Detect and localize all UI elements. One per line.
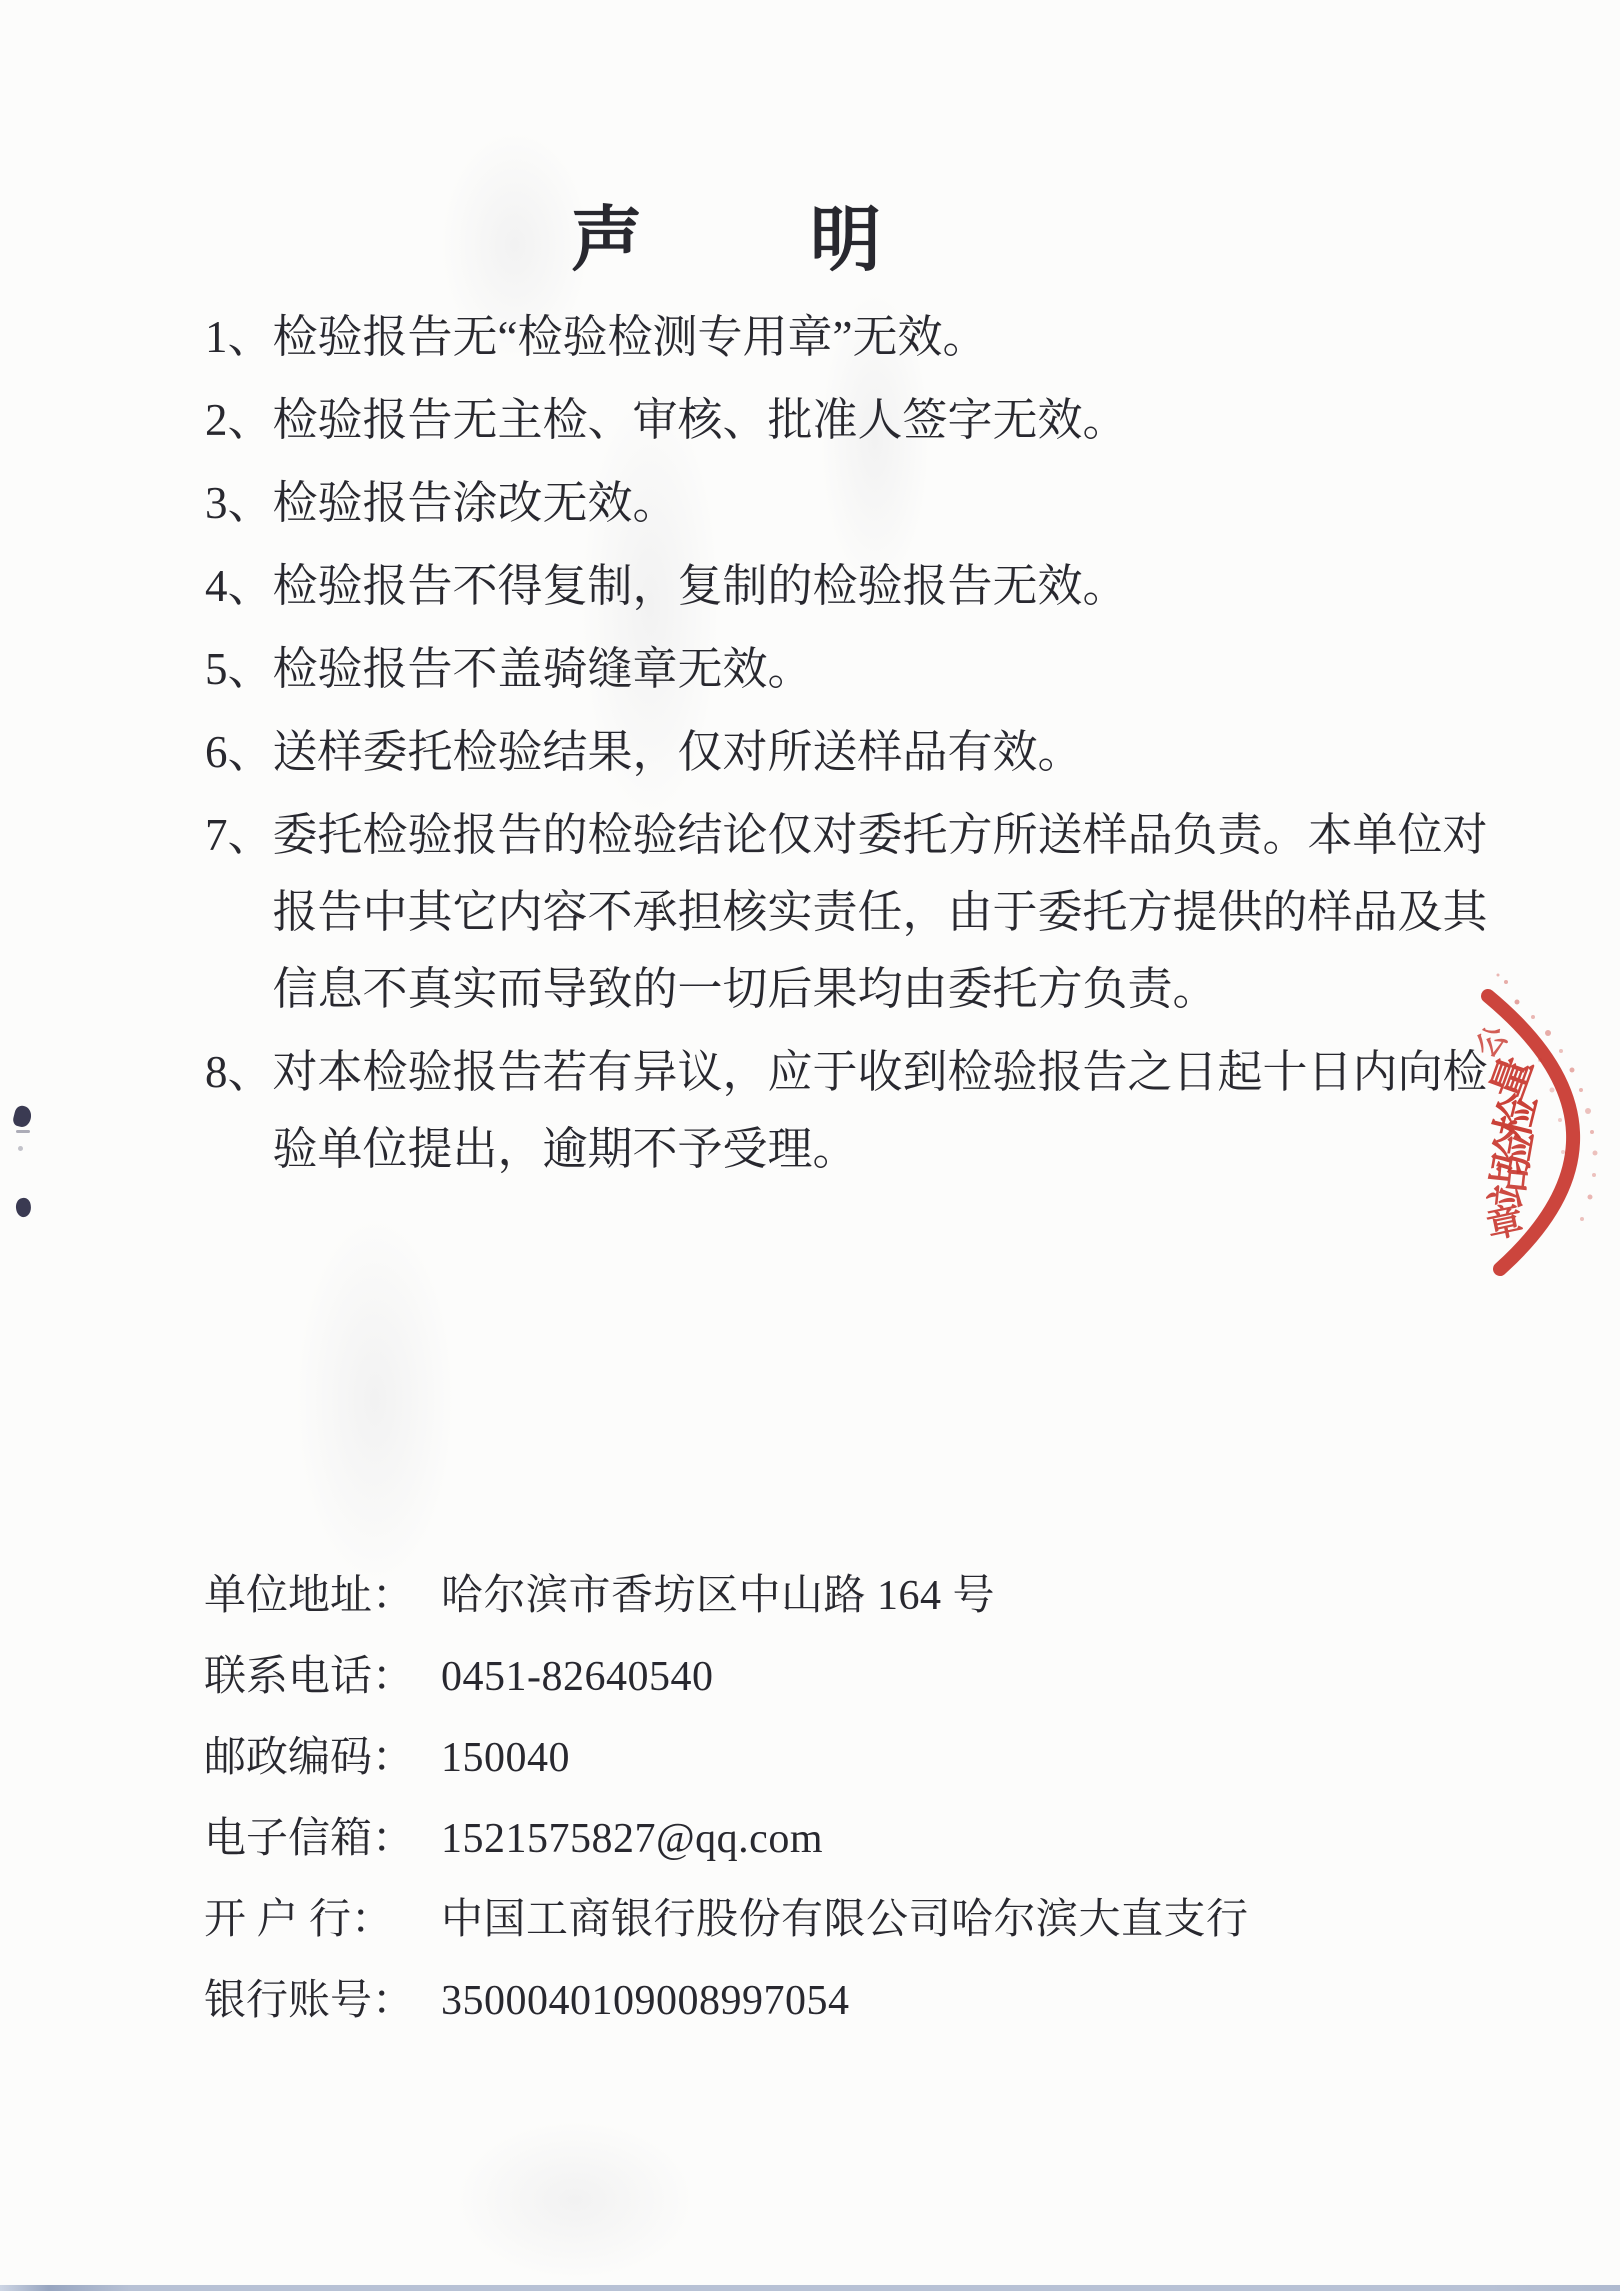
contact-info-block: 单位地址： 哈尔滨市香坊区中山路 164 号 联系电话： 0451-826405… (204, 1573, 1504, 2059)
statement-text: 检验报告无“检验检测专用章”无效。 (273, 299, 1503, 376)
contact-row-phone: 联系电话： 0451-82640540 (204, 1654, 1504, 1700)
statement-item: 3、 检验报告涂改无效。 (205, 465, 1505, 542)
scan-edge-line (0, 2285, 1620, 2291)
contact-label: 电子信箱： (204, 1816, 441, 1862)
statement-text: 委托检验报告的检验结论仅对委托方所送样品负责。本单位对报告中其它内容不承担核实责… (273, 797, 1503, 1028)
contact-label: 开 户 行： (204, 1897, 441, 1943)
contact-row-email: 电子信箱： 1521575827@qq.com (204, 1816, 1504, 1862)
scan-noise (295, 1215, 455, 1585)
statement-text: 检验报告不得复制，复制的检验报告无效。 (273, 548, 1503, 625)
scan-noise (455, 2120, 695, 2280)
ink-speck (16, 1130, 30, 1133)
contact-value: 0451-82640540 (441, 1654, 1504, 1700)
statement-number: 4、 (205, 548, 273, 625)
contact-value: 中国工商银行股份有限公司哈尔滨大直支行 (441, 1897, 1504, 1943)
statement-item: 5、 检验报告不盖骑缝章无效。 (205, 631, 1505, 708)
contact-value: 150040 (441, 1735, 1504, 1781)
scanned-statement-page: 声 明 1、 检验报告无“检验检测专用章”无效。 2、 检验报告无主检、审核、批… (0, 0, 1620, 2291)
contact-value: 哈尔滨市香坊区中山路 164 号 (441, 1573, 1504, 1619)
statement-number: 8、 (205, 1034, 273, 1188)
statement-number: 1、 (205, 299, 273, 376)
contact-value: 1521575827@qq.com (441, 1816, 1504, 1862)
contact-label: 联系电话： (204, 1654, 441, 1700)
statement-text: 检验报告涂改无效。 (273, 465, 1503, 542)
statement-item: 4、 检验报告不得复制，复制的检验报告无效。 (205, 548, 1505, 625)
contact-row-address: 单位地址： 哈尔滨市香坊区中山路 164 号 (204, 1573, 1504, 1619)
page-title-char: 明 (810, 183, 881, 285)
statement-number: 2、 (205, 382, 273, 459)
ink-speck (18, 1146, 23, 1151)
statement-text: 检验报告无主检、审核、批准人签字无效。 (273, 382, 1503, 459)
red-seal-stamp: 公 量 检 验 站 章 (1420, 920, 1620, 1320)
contact-row-account: 银行账号： 3500040109008997054 (204, 1978, 1504, 2024)
contact-row-postcode: 邮政编码： 150040 (204, 1735, 1504, 1781)
statement-item: 8、 对本检验报告若有异议，应于收到检验报告之日起十日内向检验单位提出，逾期不予… (205, 1034, 1505, 1188)
contact-value: 3500040109008997054 (441, 1978, 1504, 2024)
statement-item: 6、 送样委托检验结果，仅对所送样品有效。 (205, 714, 1505, 791)
contact-row-bank: 开 户 行： 中国工商银行股份有限公司哈尔滨大直支行 (204, 1897, 1504, 1943)
statement-number: 3、 (205, 465, 273, 542)
statement-number: 6、 (205, 714, 273, 791)
page-title: 声 明 (0, 183, 1452, 285)
statement-item: 7、 委托检验报告的检验结论仅对委托方所送样品负责。本单位对报告中其它内容不承担… (205, 797, 1505, 1028)
contact-label: 邮政编码： (204, 1735, 441, 1781)
statement-text: 对本检验报告若有异议，应于收到检验报告之日起十日内向检验单位提出，逾期不予受理。 (273, 1034, 1503, 1188)
page-title-char: 声 (571, 183, 642, 285)
statement-number: 5、 (205, 631, 273, 708)
ink-speck (12, 1104, 34, 1128)
statement-list: 1、 检验报告无“检验检测专用章”无效。 2、 检验报告无主检、审核、批准人签字… (205, 299, 1505, 1194)
ink-speck (15, 1197, 33, 1218)
statement-item: 2、 检验报告无主检、审核、批准人签字无效。 (205, 382, 1505, 459)
statement-number: 7、 (205, 797, 273, 1028)
statement-text: 送样委托检验结果，仅对所送样品有效。 (273, 714, 1503, 791)
statement-text: 检验报告不盖骑缝章无效。 (273, 631, 1503, 708)
contact-label: 银行账号： (204, 1978, 441, 2024)
contact-label: 单位地址： (204, 1573, 441, 1619)
statement-item: 1、 检验报告无“检验检测专用章”无效。 (205, 299, 1505, 376)
